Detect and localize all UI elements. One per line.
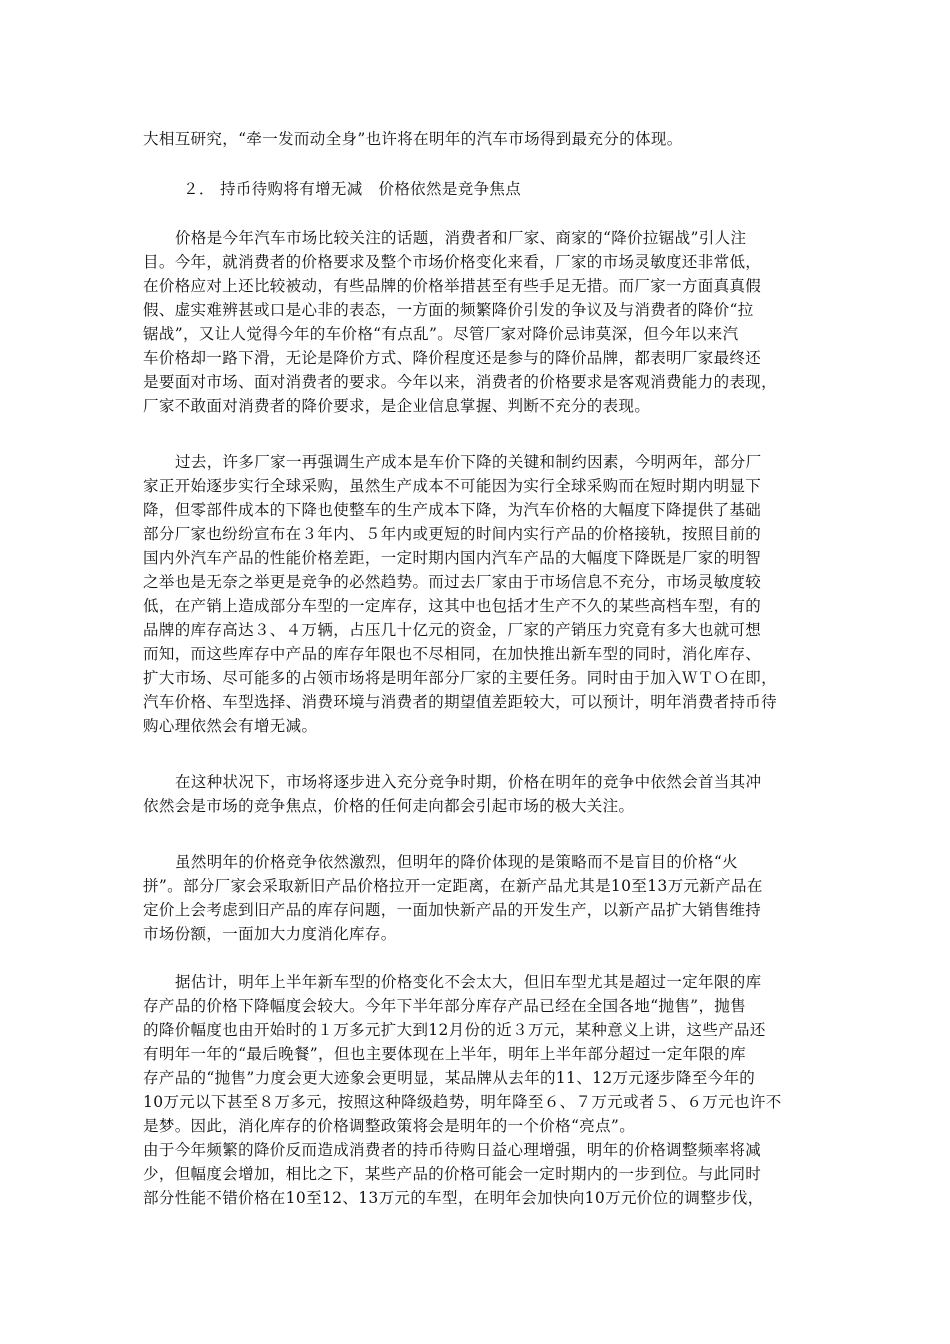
text-line: 而知，而这些库存中产品的库存年限也不尽相同，在加快推出新车型的同时，消化库存、 <box>143 643 813 665</box>
text-line: 家正开始逐步实行全球采购，虽然生产成本不可能因为实行全球采购而在短时期内明显下 <box>143 475 813 497</box>
text-line: 存产品的“抛售”力度会更大迹象会更明显，某品牌从去年的11、12万元逐步降至今年… <box>143 1067 813 1089</box>
text-line: 存产品的价格下降幅度会较大。今年下半年部分库存产品已经在全国各地“抛售”，抛售 <box>143 995 813 1017</box>
text-line: 大相互研究，“牵一发而动全身”也许将在明年的汽车市场得到最充分的体现。 <box>143 128 813 150</box>
section-heading: ２． 持币待购将有增无减 价格依然是竞争焦点 <box>183 178 853 200</box>
paragraph-first-line: 据估计，明年上半年新车型的价格变化不会太大，但旧车型尤其是超过一定年限的库 <box>175 971 845 993</box>
text-line: 是梦。因此，消化库存的价格调整政策将会是明年的一个价格“亮点”。 <box>143 1115 813 1137</box>
text-line: 之举也是无奈之举更是竞争的必然趋势。而过去厂家由于市场信息不充分，市场灵敏度较 <box>143 571 813 593</box>
text-line: 的降价幅度也由开始时的１万多元扩大到12月份的近３万元，某种意义上讲，这些产品还 <box>143 1019 813 1041</box>
text-line: 依然会是市场的竞争焦点，价格的任何走向都会引起市场的极大关注。 <box>143 795 813 817</box>
paragraph-first-line: 在这种状况下，市场将逐步进入充分竞争时期，价格在明年的竞争中依然会首当其冲 <box>175 771 845 793</box>
paragraph-first-line: 虽然明年的价格竞争依然激烈，但明年的降价体现的是策略而不是盲目的价格“火 <box>175 851 845 873</box>
text-line: 假、虚实难辨甚或口是心非的表态，一方面的频繁降价引发的争议及与消费者的降价“拉 <box>143 299 813 321</box>
text-line: 有明年一年的“最后晚餐”，但也主要体现在上半年，明年上半年部分超过一定年限的库 <box>143 1043 813 1065</box>
text-line: 国内外汽车产品的性能价格差距，一定时期内国内汽车产品的大幅度下降既是厂家的明智 <box>143 547 813 569</box>
text-line: 定价上会考虑到旧产品的库存问题，一面加快新产品的开发生产，以新产品扩大销售维持 <box>143 899 813 921</box>
text-line: 锯战”，又让人觉得今年的车价格“有点乱”。尽管厂家对降价忌讳莫深，但今年以来汽 <box>143 323 813 345</box>
text-line: 扩大市场、尽可能多的占领市场将是明年部分厂家的主要任务。同时由于加入ＷＴＯ在即， <box>143 667 813 689</box>
text-line: 10万元以下甚至８万多元，按照这种降级趋势，明年降至６、７万元或者５、６万元也许… <box>143 1091 813 1113</box>
text-line: 在价格应对上还比较被动，有些品牌的价格举措甚至有些手足无措。而厂家一方面真真假 <box>143 275 813 297</box>
text-line: 市场份额，一面加大力度消化库存。 <box>143 923 813 945</box>
paragraph-first-line: 价格是今年汽车市场比较关注的话题，消费者和厂家、商家的“降价拉锯战”引人注 <box>175 227 845 249</box>
text-line: 拼”。部分厂家会采取新旧产品价格拉开一定距离，在新产品尤其是10至13万元新产品… <box>143 875 813 897</box>
text-line: 购心理依然会有增无减。 <box>143 715 813 737</box>
text-line: 部分性能不错价格在10至12、13万元的车型，在明年会加快向10万元价位的调整步… <box>143 1187 813 1209</box>
text-line: 部分厂家也纷纷宣布在３年内、５年内或更短的时间内实行产品的价格接轨，按照目前的 <box>143 523 813 545</box>
text-line: 是要面对市场、面对消费者的要求。今年以来，消费者的价格要求是客观消费能力的表现， <box>143 371 813 393</box>
text-line: 汽车价格、车型选择、消费环境与消费者的期望值差距较大，可以预计，明年消费者持币待 <box>143 691 813 713</box>
paragraph-first-line: 过去，许多厂家一再强调生产成本是车价下降的关键和制约因素，今明两年，部分厂 <box>175 451 845 473</box>
text-line: 少，但幅度会增加，相比之下，某些产品的价格可能会一定时期内的一步到位。与此同时 <box>143 1163 813 1185</box>
document-page: 大相互研究，“牵一发而动全身”也许将在明年的汽车市场得到最充分的体现。 ２． 持… <box>0 0 950 1344</box>
text-line: 由于今年频繁的降价反而造成消费者的持币待购日益心理增强，明年的价格调整频率将减 <box>143 1139 813 1161</box>
text-line: 车价格却一路下滑，无论是降价方式、降价程度还是参与的降价品牌，都表明厂家最终还 <box>143 347 813 369</box>
text-line: 低，在产销上造成部分车型的一定库存，这其中也包括才生产不久的某些高档车型，有的 <box>143 595 813 617</box>
text-line: 目。今年，就消费者的价格要求及整个市场价格变化来看，厂家的市场灵敏度还非常低， <box>143 251 813 273</box>
text-line: 品牌的库存高达３、４万辆，占压几十亿元的资金，厂家的产销压力究竟有多大也就可想 <box>143 619 813 641</box>
text-line: 厂家不敢面对消费者的降价要求，是企业信息掌握、判断不充分的表现。 <box>143 395 813 417</box>
text-line: 降，但零部件成本的下降也使整车的生产成本下降，为汽车价格的大幅度下降提供了基础 <box>143 499 813 521</box>
